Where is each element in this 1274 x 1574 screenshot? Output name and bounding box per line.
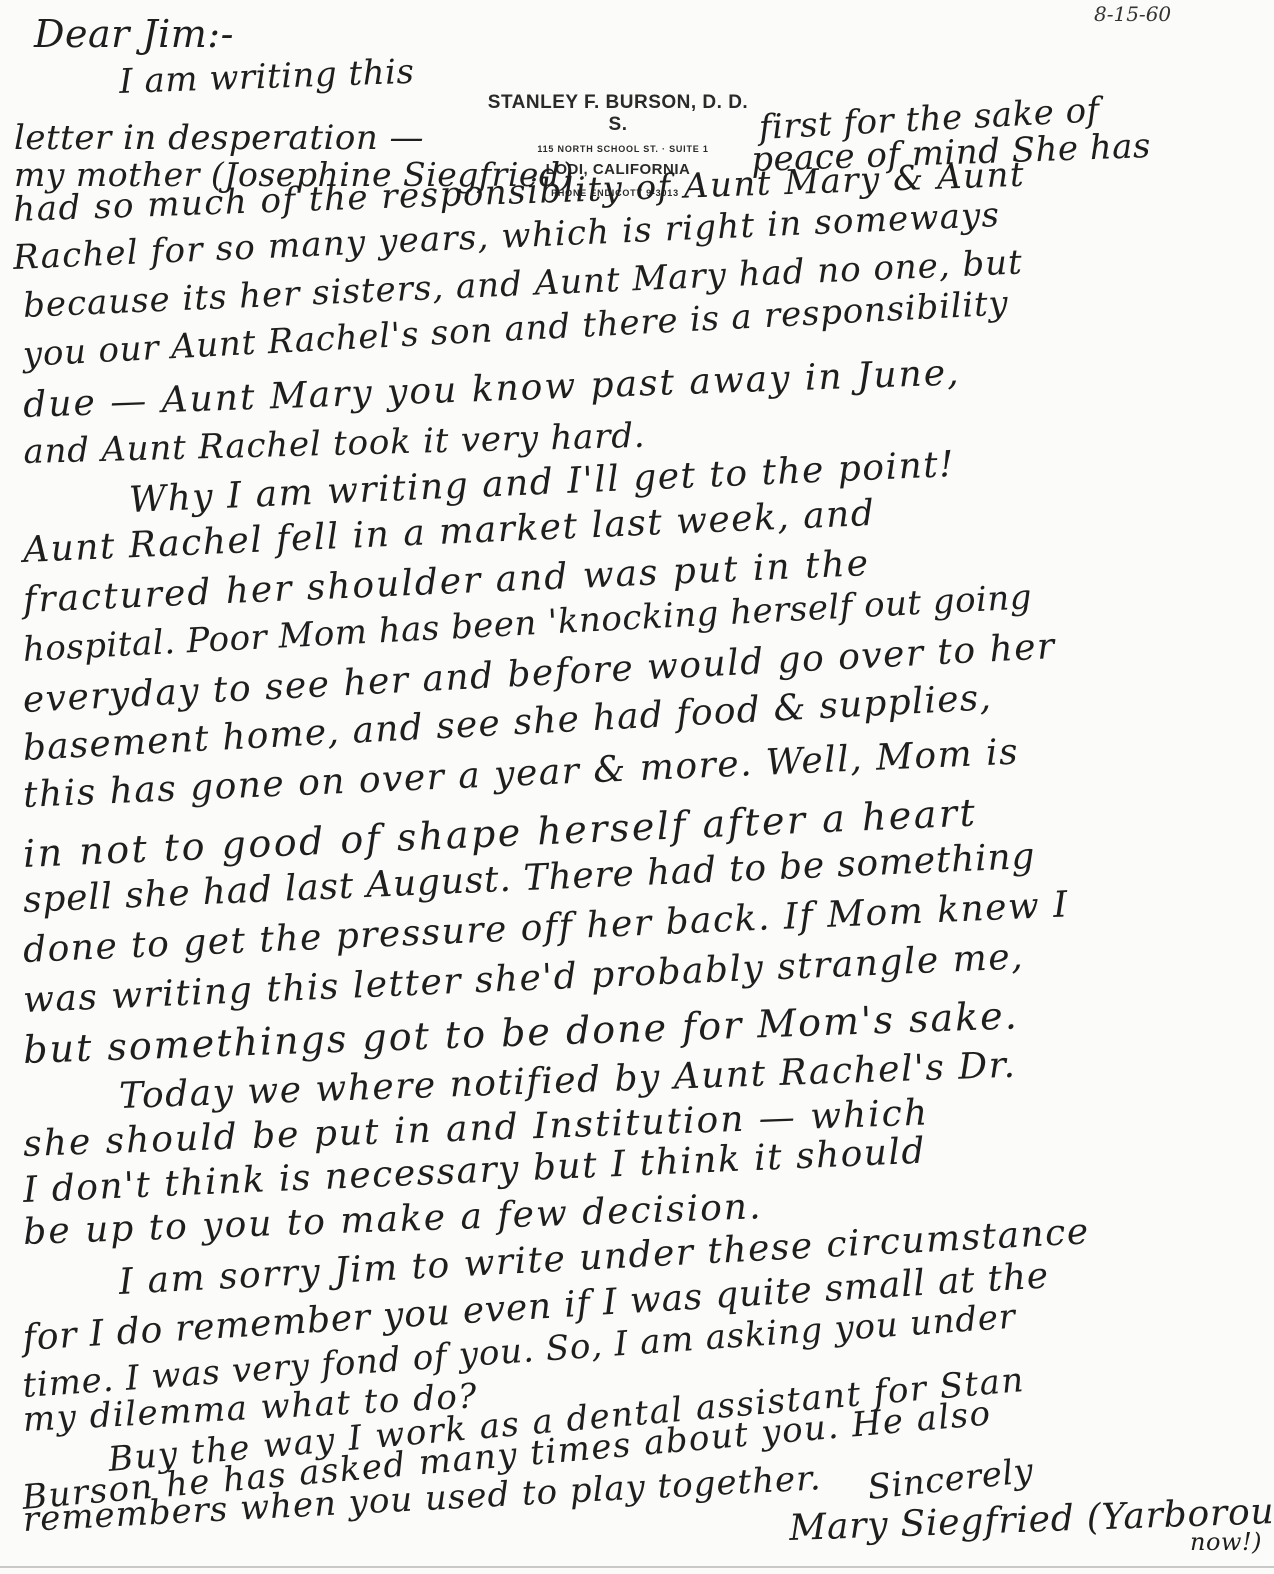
letter-page: 8-15-60 STANLEY F. BURSON, D. D. S. 115 …: [0, 0, 1274, 1574]
page-bottom-edge: [0, 1566, 1274, 1568]
handwritten-line: I am writing this: [119, 52, 415, 102]
letter-date: 8-15-60: [1094, 2, 1171, 26]
letterhead-address: 115 NORTH SCHOOL ST. · SUITE 1: [488, 144, 758, 154]
greeting: Dear Jim:-: [34, 12, 234, 56]
letterhead-name: STANLEY F. BURSON, D. D. S.: [478, 92, 758, 136]
handwritten-line: letter in desperation —: [14, 118, 424, 158]
signature-note: now!): [1190, 1528, 1262, 1556]
